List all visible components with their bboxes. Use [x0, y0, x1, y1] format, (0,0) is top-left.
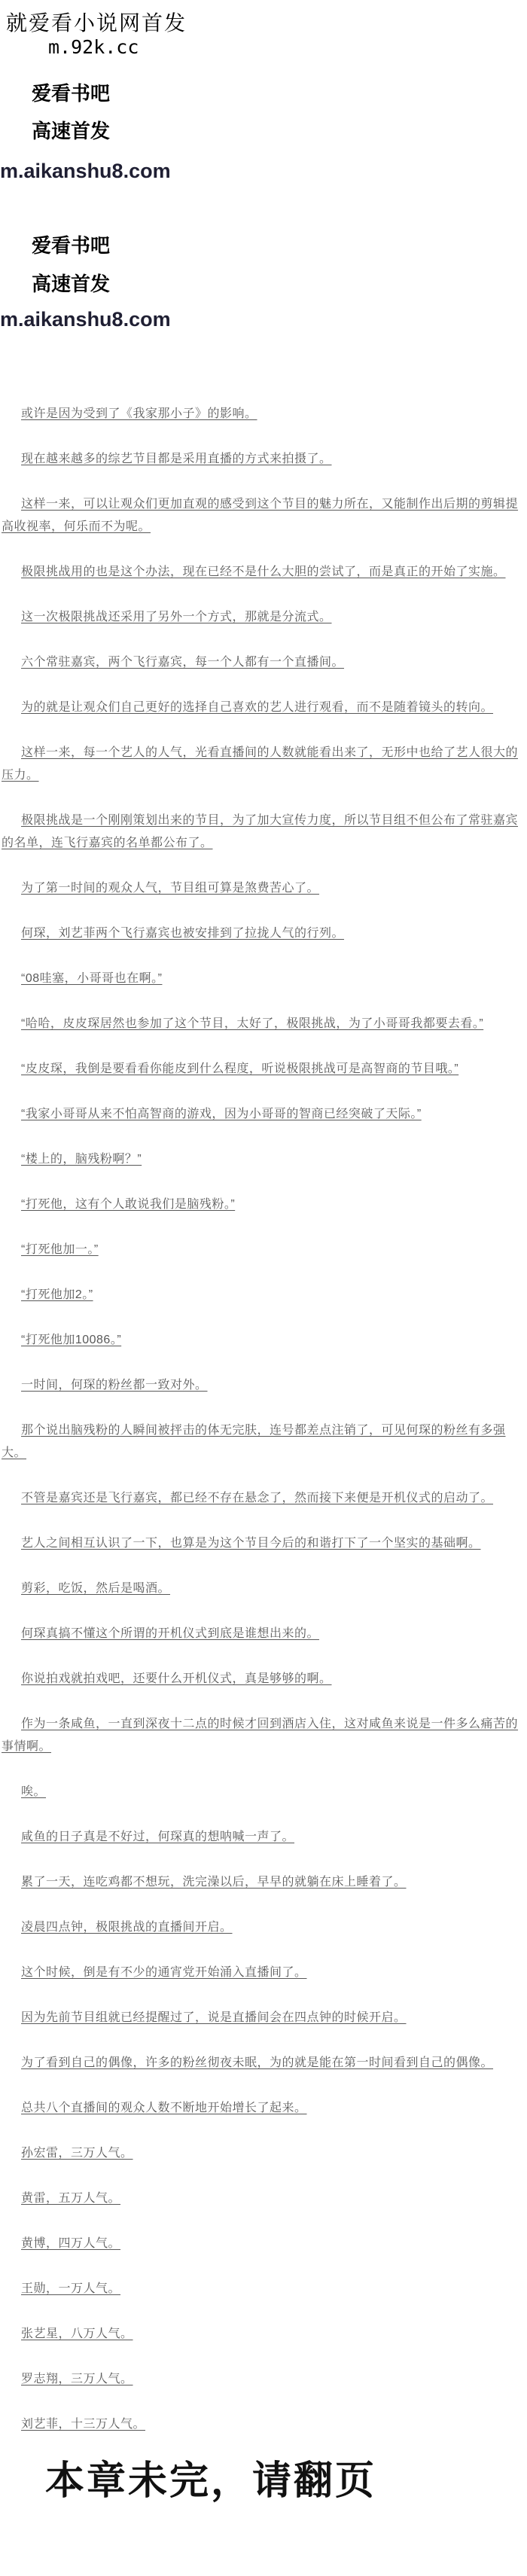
- chapter-paragraph: 何琛，刘艺菲两个飞行嘉宾也被安排到了拉拢人气的行列。: [0, 922, 527, 945]
- promo-site-name: 爱看书吧: [32, 83, 527, 104]
- site-watermark: 就爱看小说网首发 m.92k.cc: [0, 11, 527, 59]
- chapter-paragraph: 咸鱼的日子真是不好过，何琛真的想呐喊一声了。: [0, 1826, 527, 1849]
- chapter-paragraph: “皮皮琛，我倒是要看看你能皮到什么程度，听说极限挑战可是高智商的节目哦。”: [0, 1058, 527, 1081]
- chapter-paragraph: 极限挑战是一个刚刚策划出来的节目，为了加大宣传力度，所以节目组不但公布了常驻嘉宾…: [0, 809, 527, 855]
- promo-tagline: 高速首发: [32, 273, 527, 294]
- chapter-paragraph: 因为先前节目组就已经提醒过了，说是直播间会在四点钟的时候开启。: [0, 2007, 527, 2029]
- chapter-paragraph: 这个时候，倒是有不少的通宵党开始涌入直播间了。: [0, 1962, 527, 1984]
- chapter-paragraph: “楼上的，脑残粉啊？”: [0, 1148, 527, 1171]
- chapter-paragraph: 那个说出脑残粉的人瞬间被抨击的体无完肤，连号都差点注销了，可见何琛的粉丝有多强大…: [0, 1419, 527, 1465]
- promo-tagline: 高速首发: [32, 120, 527, 142]
- chapter-paragraph: 王勋，一万人气。: [0, 2278, 527, 2300]
- chapter-paragraph: 刘艺菲，十三万人气。: [0, 2413, 527, 2436]
- chapter-paragraph: 黄雷，五万人气。: [0, 2187, 527, 2210]
- chapter-paragraph: 张艺星，八万人气。: [0, 2323, 527, 2346]
- chapter-paragraph: “打死他加2。”: [0, 1284, 527, 1306]
- chapter-paragraph: 艺人之间相互认识了一下，也算是为这个节目今后的和谐打下了一个坚实的基础啊。: [0, 1532, 527, 1555]
- chapter-paragraph: 这样一来，每一个艺人的人气，光看直播间的人数就能看出来了，无形中也给了艺人很大的…: [0, 742, 527, 787]
- chapter-paragraph: 为了看到自己的偶像，许多的粉丝彻夜未眠，为的就是能在第一时间看到自己的偶像。: [0, 2052, 527, 2075]
- watermark-site-name: 就爱看小说网首发: [6, 11, 527, 36]
- chapter-paragraph: 不管是嘉宾还是飞行嘉宾，都已经不存在悬念了，然而接下来便是开机仪式的启动了。: [0, 1487, 527, 1510]
- chapter-paragraph: “我家小哥哥从来不怕高智商的游戏，因为小哥哥的智商已经突破了天际。”: [0, 1103, 527, 1126]
- promo-site-url: m.aikanshu8.com: [0, 309, 527, 330]
- chapter-paragraph: 这一次极限挑战还采用了另外一个方式，那就是分流式。: [0, 606, 527, 629]
- chapter-paragraph: 孙宏雷，三万人气。: [0, 2142, 527, 2165]
- chapter-paragraph: 这样一来，可以让观众们更加直观的感受到这个节目的魅力所在，又能制作出后期的剪辑提…: [0, 493, 527, 538]
- chapter-paragraph: 罗志翔，三万人气。: [0, 2368, 527, 2391]
- novel-reader-page: 就爱看小说网首发 m.92k.cc 爱看书吧 高速首发 m.aikanshu8.…: [0, 0, 527, 2523]
- chapter-paragraph: 剪彩，吃饭，然后是喝酒。: [0, 1578, 527, 1600]
- chapter-paragraph: “打死他加10086。”: [0, 1329, 527, 1352]
- chapter-paragraph: “哈哈，皮皮琛居然也参加了这个节目，太好了，极限挑战，为了小哥哥我都要去看。”: [0, 1013, 527, 1035]
- chapter-paragraph: 为了第一时间的观众人气，节目组可算是煞费苦心了。: [0, 877, 527, 900]
- watermark-site-url: m.92k.cc: [48, 36, 527, 59]
- page-footer-notice: 本章未完，请翻页: [45, 2459, 527, 2504]
- chapter-paragraph: 一时间，何琛的粉丝都一致对外。: [0, 1374, 527, 1397]
- promo-block-1: 爱看书吧 高速首发 m.aikanshu8.com: [0, 83, 527, 181]
- chapter-paragraph: 极限挑战用的也是这个办法，现在已经不是什么大胆的尝试了，而是真正的开始了实施。: [0, 561, 527, 584]
- chapter-paragraph: 黄博，四万人气。: [0, 2233, 527, 2255]
- chapter-paragraph: 凌晨四点钟，极限挑战的直播间开启。: [0, 1916, 527, 1939]
- chapter-paragraph: 现在越来越多的综艺节目都是采用直播的方式来拍摄了。: [0, 448, 527, 471]
- chapter-paragraph: 或许是因为受到了《我家那小子》的影响。: [0, 403, 527, 425]
- chapter-paragraph: “打死他加一。”: [0, 1239, 527, 1261]
- chapter-paragraph: “打死他，这有个人敢说我们是脑残粉。”: [0, 1193, 527, 1216]
- promo-site-name: 爱看书吧: [32, 235, 527, 256]
- chapter-paragraph: 作为一条咸鱼，一直到深夜十二点的时候才回到酒店入住，这对咸鱼来说是一件多么痛苦的…: [0, 1713, 527, 1758]
- chapter-paragraph: 为的就是让观众们自己更好的选择自己喜欢的艺人进行观看，而不是随着镜头的转向。: [0, 697, 527, 719]
- promo-block-2: 爱看书吧 高速首发 m.aikanshu8.com: [0, 235, 527, 330]
- chapter-body: 或许是因为受到了《我家那小子》的影响。现在越来越多的综艺节目都是采用直播的方式来…: [0, 403, 527, 2436]
- promo-site-url: m.aikanshu8.com: [0, 160, 527, 181]
- chapter-paragraph: 你说拍戏就拍戏吧，还要什么开机仪式，真是够够的啊。: [0, 1668, 527, 1690]
- chapter-paragraph: 累了一天，连吃鸡都不想玩，洗完澡以后，早早的就躺在床上睡着了。: [0, 1871, 527, 1894]
- chapter-paragraph: 何琛真搞不懂这个所谓的开机仪式到底是谁想出来的。: [0, 1623, 527, 1645]
- chapter-paragraph: 六个常驻嘉宾，两个飞行嘉宾，每一个人都有一个直播间。: [0, 651, 527, 674]
- chapter-paragraph: 总共八个直播间的观众人数不断地开始增长了起来。: [0, 2097, 527, 2120]
- chapter-paragraph: “08哇塞，小哥哥也在啊。”: [0, 968, 527, 990]
- chapter-paragraph: 唉。: [0, 1781, 527, 1803]
